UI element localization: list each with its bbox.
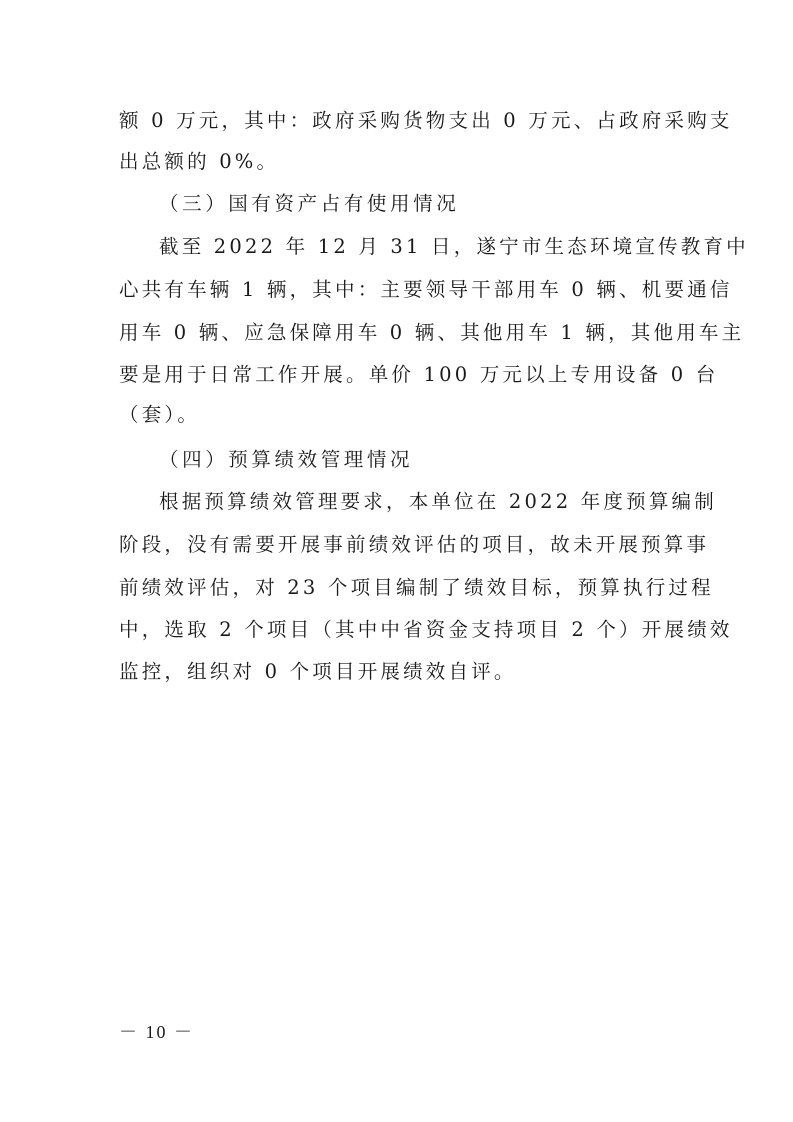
paragraph-line: 根据预算绩效管理要求，本单位在 2022 年度预算编制 bbox=[159, 489, 719, 515]
paragraph-line: 阶段，没有需要开展事前绩效评估的项目，故未开展预算事 bbox=[119, 532, 679, 558]
paragraph-line: 要是用于日常工作开展。单价 100 万元以上专用设备 0 台 bbox=[119, 362, 679, 388]
paragraph-line: 用车 0 辆、应急保障用车 0 辆、其他用车 1 辆，其他用车主 bbox=[119, 320, 679, 346]
paragraph-line: 中，选取 2 个项目（其中中省资金支持项目 2 个）开展绩效 bbox=[119, 617, 679, 643]
section-heading-performance: （四）预算绩效管理情况 bbox=[159, 447, 719, 473]
paragraph-line: 额 0 万元，其中：政府采购货物支出 0 万元、占政府采购支 bbox=[119, 108, 679, 134]
paragraph-line: 监控，组织对 0 个项目开展绩效自评。 bbox=[119, 659, 679, 685]
paragraph-line: 截至 2022 年 12 月 31 日，遂宁市生态环境宣传教育中 bbox=[159, 234, 719, 260]
document-page: 额 0 万元，其中：政府采购货物支出 0 万元、占政府采购支 出总额的 0%。 … bbox=[0, 0, 793, 1122]
paragraph-line: 心共有车辆 1 辆，其中：主要领导干部用车 0 辆、机要通信 bbox=[119, 277, 679, 303]
paragraph-line: 出总额的 0%。 bbox=[119, 149, 679, 175]
paragraph-line: 前绩效评估，对 23 个项目编制了绩效目标，预算执行过程 bbox=[119, 575, 679, 601]
page-number: － 10 － bbox=[119, 1018, 194, 1044]
paragraph-line: （套）。 bbox=[119, 402, 679, 428]
section-heading-assets: （三）国有资产占有使用情况 bbox=[159, 191, 719, 217]
